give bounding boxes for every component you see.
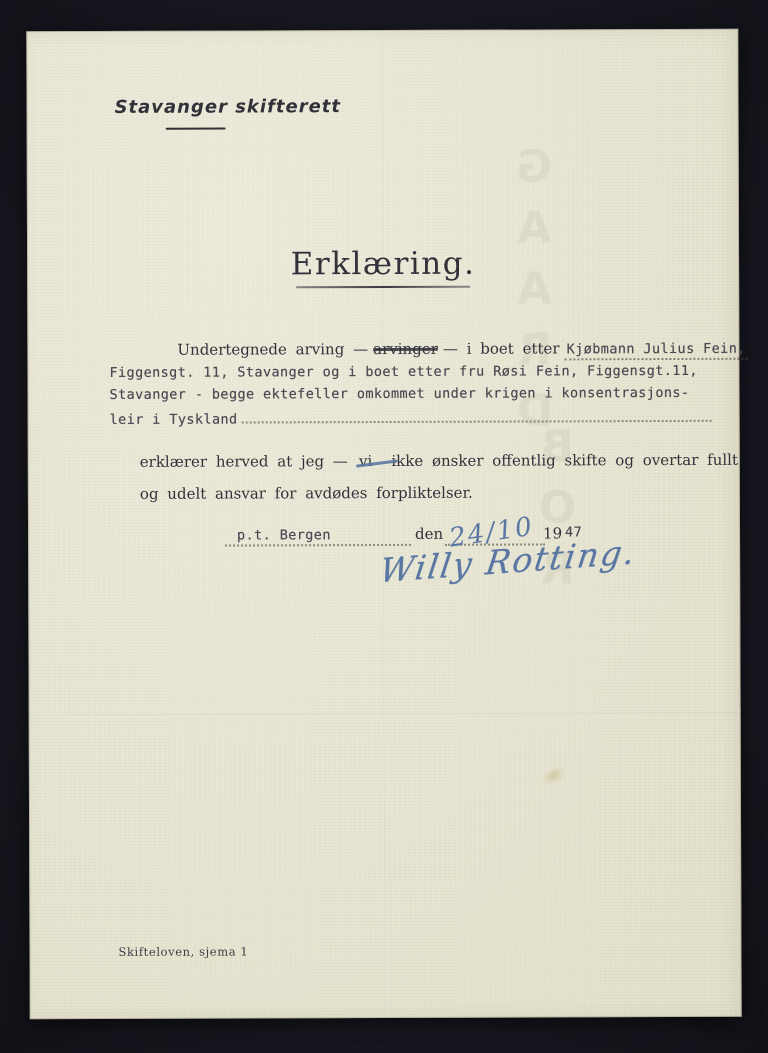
- paragraph1-typed-line2: Figgensgt. 11, Stavanger og i boet etter…: [109, 360, 711, 384]
- declaration-paragraph-2: erklærer herved at jeg — vi ikke ønsker …: [140, 444, 700, 510]
- paragraph1-struckout-word: arvinger: [373, 340, 438, 358]
- scan-background: { "colors": { "background": "#1a1a24", "…: [0, 0, 768, 1053]
- paragraph2-line2: og udelt ansvar for avdødes forpliktelse…: [140, 476, 700, 510]
- paragraph1-printed-lead: Undertegnede arving —: [177, 340, 368, 359]
- paragraph1-typed-line3: Stavanger - begge ektefeller omkommet un…: [110, 382, 712, 406]
- declaration-paragraph-1: Undertegnede arving — arvinger — i boet …: [109, 337, 711, 431]
- form-reference-footnote: Skifteloven, sjema 1: [118, 944, 248, 958]
- document-title: Erklæring.: [27, 248, 739, 281]
- court-name-underline: [166, 128, 226, 130]
- paragraph1-typed-fill-name: Kjøbmann Julius Fein,: [565, 341, 748, 361]
- paragraph1-printed-tail: — i boet etter: [443, 339, 560, 357]
- document-title-underline: [296, 286, 470, 289]
- paragraph2-pen-struckout-word: vi: [359, 445, 372, 477]
- paragraph1-line1: Undertegnede arving — arvinger — i boet …: [177, 337, 711, 362]
- paragraph2-printed-lead: erklærer herved at jeg —: [140, 452, 348, 471]
- paragraph1-typed-line4: leir i Tyskland: [110, 409, 238, 431]
- court-name-header: Stavanger skifterett: [115, 96, 342, 118]
- paragraph1-line4: leir i Tyskland: [110, 404, 712, 431]
- document-paper: GAARD BOR Stavanger skifterett Erklæring…: [26, 29, 741, 1019]
- paragraph2-printed-tail: ikke ønsker offentlig skifte og overtar …: [391, 451, 738, 470]
- paper-stain: [539, 763, 569, 789]
- place-typed-value: p.t. Bergen: [237, 527, 331, 543]
- paragraph2-line1: erklærer herved at jeg — vi ikke ønsker …: [140, 444, 700, 478]
- fill-in-dotted-line: [242, 404, 712, 424]
- den-label: den: [415, 525, 443, 543]
